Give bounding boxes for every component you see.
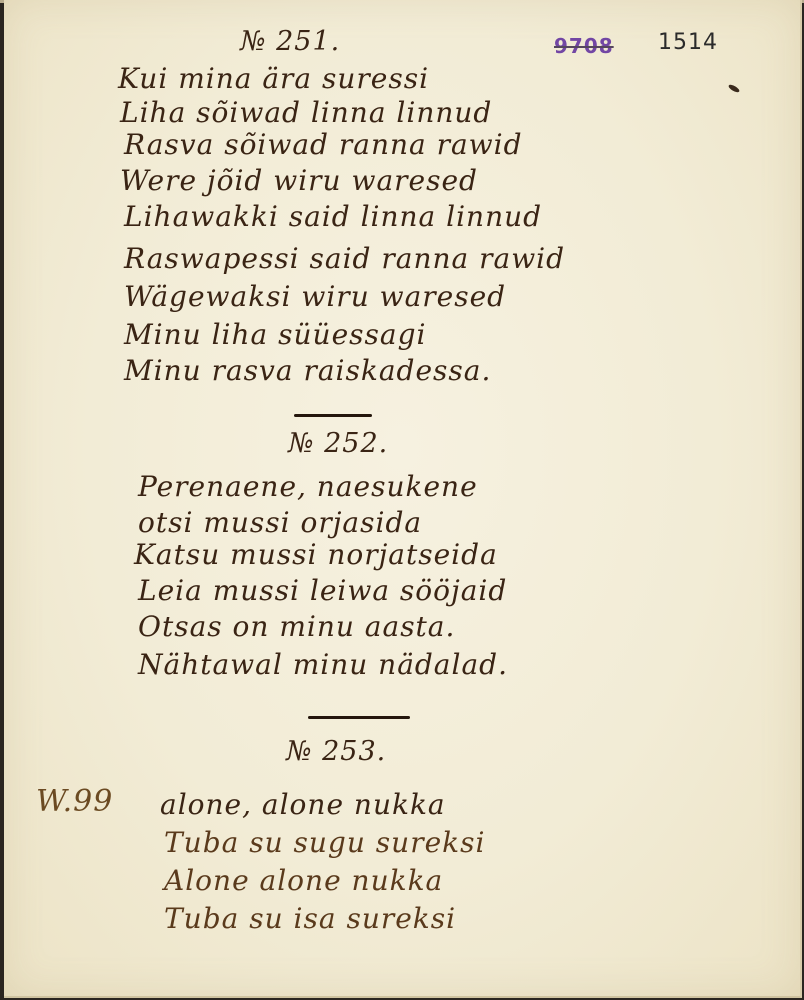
- song-252-line-3: Katsu mussi norjatseida: [134, 538, 498, 571]
- song-252-line-4: Leia mussi leiwa sööjaid: [138, 574, 507, 607]
- song-number-253: № 253.: [286, 736, 386, 767]
- song-251-line-6: Raswapessi said ranna rawid: [124, 242, 565, 275]
- song-251-line-5: Lihawakki said linna linnud: [124, 200, 542, 233]
- song-253-line-3: Alone alone nukka: [164, 864, 443, 897]
- song-253-line-1: alone, alone nukka: [160, 788, 446, 821]
- section-divider-2: [308, 716, 410, 719]
- song-252-line-2: otsi mussi orjasida: [138, 506, 422, 539]
- song-252-line-6: Nähtawal minu nädalad.: [138, 648, 508, 681]
- song-number-252: № 252.: [288, 428, 388, 459]
- song-252-line-1: Perenaene, naesukene: [138, 470, 478, 503]
- archive-stamp: 9708: [554, 34, 614, 58]
- song-251-line-9: Minu rasva raiskadessa.: [124, 354, 491, 387]
- margin-reference-note: W.99: [36, 784, 113, 819]
- song-251-line-7: Wägewaksi wiru waresed: [124, 280, 506, 313]
- manuscript-page: 9708 1514 № 251. Kui mina ära suressi Li…: [4, 0, 802, 998]
- song-251-line-8: Minu liha süüessagi: [124, 318, 426, 351]
- song-253-line-2: Tuba su sugu sureksi: [164, 826, 485, 859]
- song-251-line-2: Liha sõiwad linna linnud: [120, 96, 492, 129]
- ink-blot: [728, 83, 741, 93]
- section-divider-1: [294, 414, 372, 417]
- pencil-page-number: 1514: [658, 30, 718, 55]
- song-251-line-3: Rasva sõiwad ranna rawid: [124, 128, 523, 161]
- song-253-line-4: Tuba su isa sureksi: [164, 902, 456, 935]
- song-252-line-5: Otsas on minu aasta.: [138, 610, 455, 643]
- song-number-251: № 251.: [240, 26, 340, 57]
- song-251-line-1: Kui mina ära suressi: [118, 62, 429, 95]
- song-251-line-4: Were jõid wiru waresed: [120, 164, 478, 197]
